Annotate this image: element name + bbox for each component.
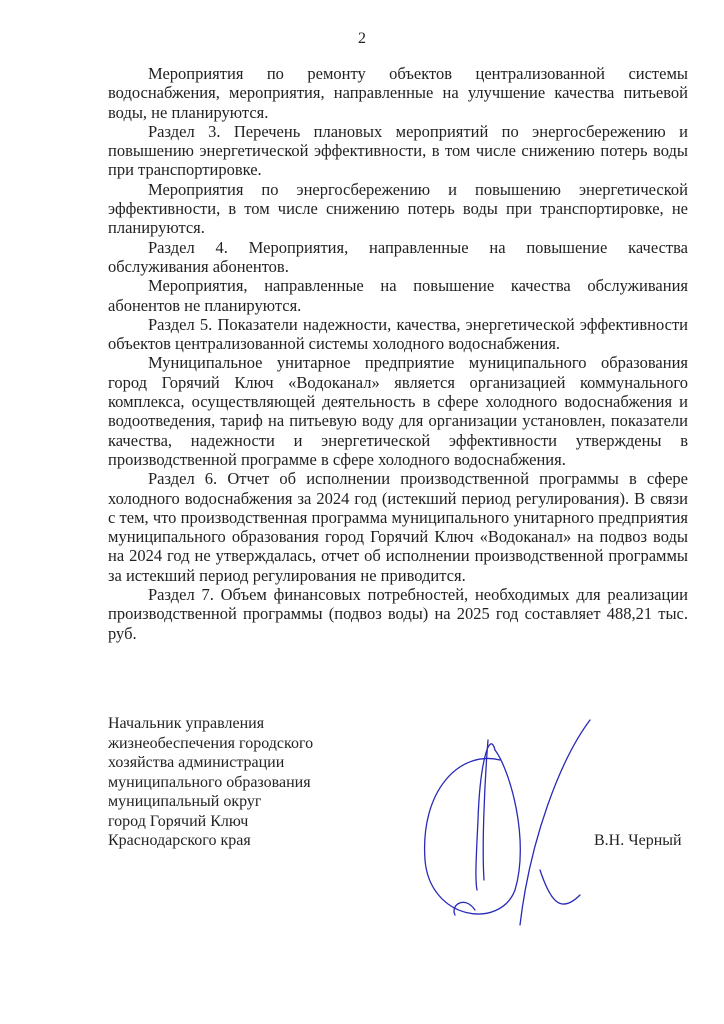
section-6-paragraph: Раздел 6. Отчет об исполнении производст…: [108, 469, 688, 585]
section-7-paragraph: Раздел 7. Объем финансовых потребностей,…: [108, 585, 688, 643]
signatory-title-line: муниципальный округ: [108, 792, 313, 812]
paragraph-repair-measures: Мероприятия по ремонту объектов централи…: [108, 64, 688, 122]
signatory-title-line: жизнеобеспечения городского: [108, 734, 313, 754]
page-number: 2: [0, 30, 724, 48]
paragraph-service-quality: Мероприятия, направленные на повышение к…: [108, 276, 688, 315]
document-body: Мероприятия по ремонту объектов централи…: [108, 64, 688, 643]
signatory-title-line: Начальник управления: [108, 714, 313, 734]
signatory-name: В.Н. Черный: [594, 832, 682, 850]
paragraph-vodokanal: Муниципальное унитарное предприятие муни…: [108, 353, 688, 469]
section-5-heading: Раздел 5. Показатели надежности, качеств…: [108, 315, 688, 354]
signatory-title-line: муниципального образования: [108, 773, 313, 793]
signatory-title-line: Краснодарского края: [108, 831, 313, 851]
section-3-heading: Раздел 3. Перечень плановых мероприятий …: [108, 122, 688, 180]
paragraph-energy-saving: Мероприятия по энергосбережению и повыше…: [108, 180, 688, 238]
signatory-title: Начальник управления жизнеобеспечения го…: [108, 714, 313, 851]
section-4-heading: Раздел 4. Мероприятия, направленные на п…: [108, 238, 688, 277]
signatory-title-line: хозяйства администрации: [108, 753, 313, 773]
handwritten-signature: [380, 700, 600, 940]
signatory-title-line: город Горячий Ключ: [108, 812, 313, 832]
